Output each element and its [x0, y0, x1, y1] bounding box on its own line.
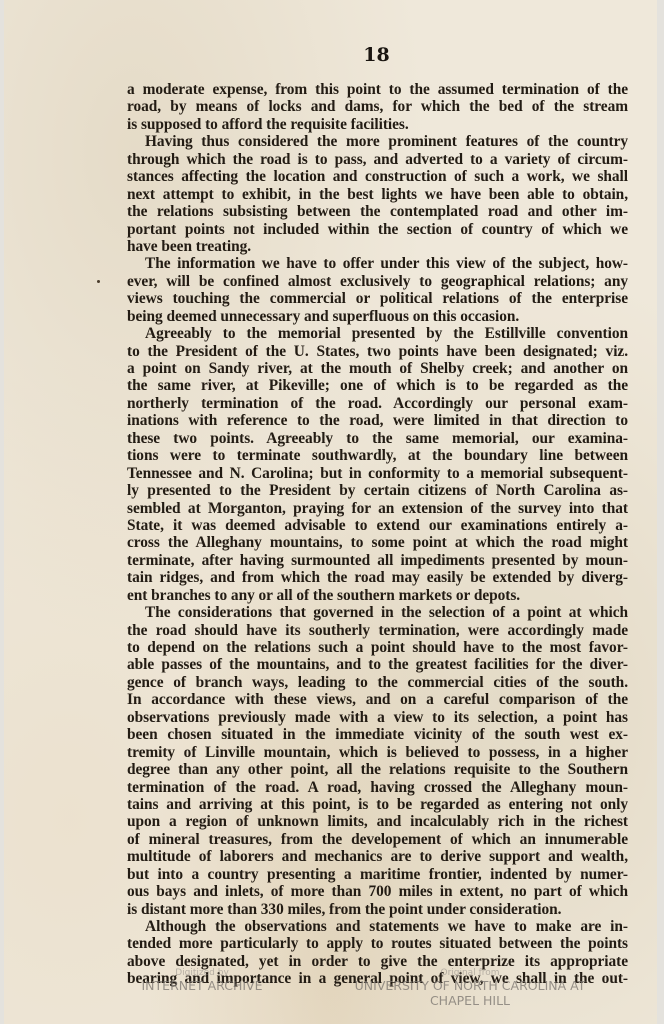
- text-line: gence of branch ways, leading to the com…: [127, 674, 628, 691]
- text-line: northerly termination of the road. Accor…: [127, 395, 628, 412]
- text-line: the same river, at Pikeville; one of whi…: [127, 377, 628, 394]
- text-line: the road should have its southerly termi…: [127, 622, 628, 639]
- text-line: able passes of the mountains, and to the…: [127, 656, 628, 673]
- text-line: Although the observations and statements…: [127, 918, 628, 935]
- text-line: tions were to terminate southwardly, at …: [127, 447, 628, 464]
- scanned-page: 18 a moderate expense, from this point t…: [4, 0, 657, 1024]
- text-line: degree than any other point, all the rel…: [127, 761, 628, 778]
- text-line: observations previously made with a view…: [127, 709, 628, 726]
- text-line: tremity of Linville mountain, which is b…: [127, 744, 628, 761]
- text-line: upon a region of unknown limits, and inc…: [127, 813, 628, 830]
- text-line: these two points. Agreeably to the same …: [127, 430, 628, 447]
- text-line: of mineral treasures, from the developem…: [127, 831, 628, 848]
- text-line: ly presented to the President by certain…: [127, 482, 628, 499]
- text-line: through which the road is to pass, and a…: [127, 151, 628, 168]
- text-line: ent branches to any or all of the southe…: [127, 587, 628, 604]
- watermark-source: INTERNET ARCHIVE: [138, 978, 266, 993]
- text-line: next attempt to exhibit, in the best lig…: [127, 186, 628, 203]
- text-line: cross the Alleghany mountains, to some p…: [127, 534, 628, 551]
- text-line: Having thus considered the more prominen…: [127, 133, 628, 150]
- watermark-institution: UNIVERSITY OF NORTH CAROLINA AT: [352, 978, 588, 993]
- text-line: views touching the commercial or politic…: [127, 290, 628, 307]
- text-line: to depend on the relations such a point …: [127, 639, 628, 656]
- text-line: a point on Sandy river, at the mouth of …: [127, 360, 628, 377]
- text-line: The information we have to offer under t…: [127, 255, 628, 272]
- text-line: multitude of laborers and mechanics are …: [127, 848, 628, 865]
- text-line: is distant more than 330 miles, from the…: [127, 901, 628, 918]
- text-line: to the President of the U. States, two p…: [127, 343, 628, 360]
- text-line: have been treating.: [127, 238, 628, 255]
- text-line: tain ridges, and from which the road may…: [127, 569, 628, 586]
- text-line: State, it was deemed advisable to extend…: [127, 517, 628, 534]
- watermark-label: Original from: [352, 968, 588, 978]
- text-line: the relations subsisting between the con…: [127, 203, 628, 220]
- text-line: inations with reference to the road, wer…: [127, 412, 628, 429]
- text-line: but into a country presenting a maritime…: [127, 866, 628, 883]
- ink-speck: [97, 280, 100, 283]
- text-line: sembled at Morganton, praying for an ext…: [127, 500, 628, 517]
- text-line: tended more particularly to apply to rou…: [127, 935, 628, 952]
- text-line: stances affecting the location and const…: [127, 168, 628, 185]
- watermark-original-from: Original from UNIVERSITY OF NORTH CAROLI…: [352, 968, 588, 1008]
- text-line: is supposed to afford the requisite faci…: [127, 116, 628, 133]
- text-line: Tennessee and N. Carolina; but in confor…: [127, 465, 628, 482]
- text-line: portant points not included within the s…: [127, 221, 628, 238]
- text-line: termination of the road. A road, having …: [127, 779, 628, 796]
- text-line: In accordance with these views, and on a…: [127, 691, 628, 708]
- text-line: road, by means of locks and dams, for wh…: [127, 98, 628, 115]
- text-line: tains and arriving at this point, is to …: [127, 796, 628, 813]
- text-line: ous bays and inlets, of more than 700 mi…: [127, 883, 628, 900]
- text-line: been chosen situated in the immediate vi…: [127, 726, 628, 743]
- text-line: being deemed unnecessary and superfluous…: [127, 308, 628, 325]
- watermark-label: Digitized by: [138, 968, 266, 978]
- page-number: 18: [4, 44, 657, 66]
- watermark-institution-location: CHAPEL HILL: [352, 993, 588, 1008]
- text-line: terminate, after having surmounted all i…: [127, 552, 628, 569]
- text-line: a moderate expense, from this point to t…: [127, 81, 628, 98]
- text-line: ever, will be confined almost exclusivel…: [127, 273, 628, 290]
- text-line: Agreeably to the memorial presented by t…: [127, 325, 628, 342]
- watermark-digitized-by: Digitized by INTERNET ARCHIVE: [138, 968, 266, 993]
- text-line: The considerations that governed in the …: [127, 604, 628, 621]
- body-text: a moderate expense, from this point to t…: [127, 81, 628, 988]
